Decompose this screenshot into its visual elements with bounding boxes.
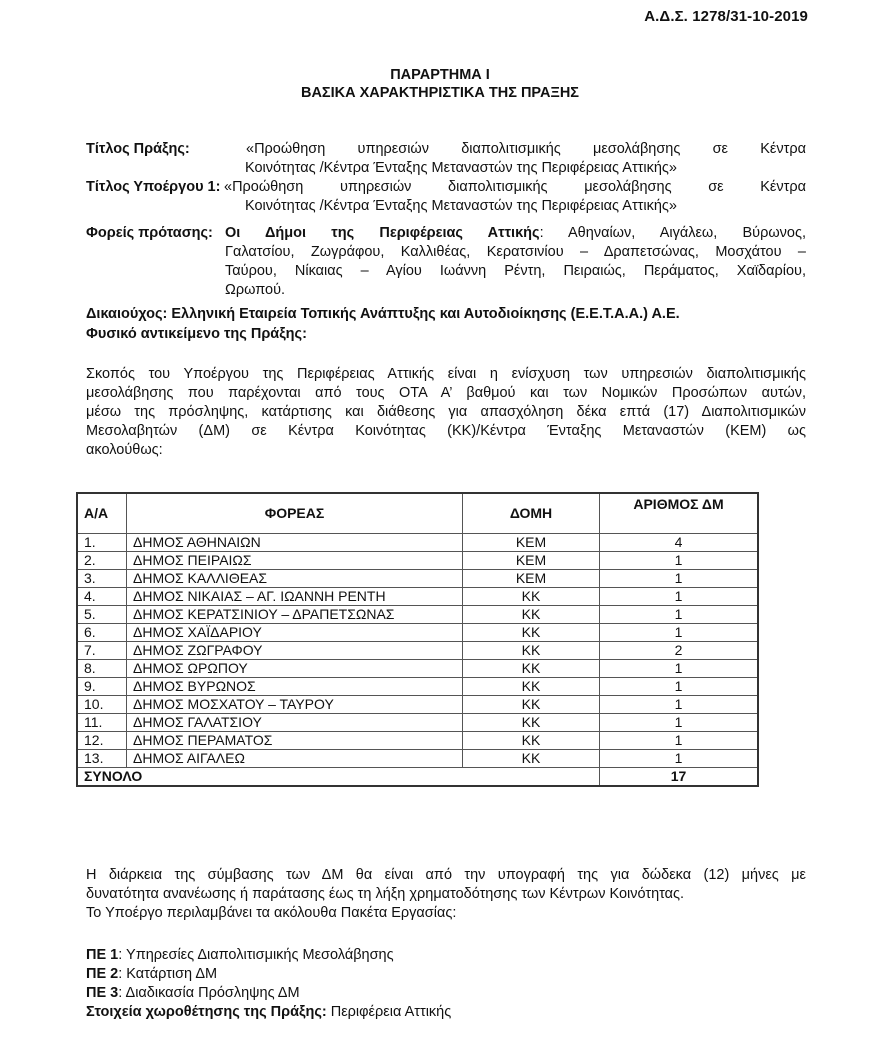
proposers-line1: : Αθηναίων, Αιγάλεω, Βύρωνος, (540, 225, 806, 241)
row-structure: ΚΚ (463, 732, 600, 750)
work-package-code: ΠΕ 1 (86, 947, 118, 963)
row-body: ΔΗΜΟΣ ΩΡΩΠΟΥ (127, 660, 463, 678)
row-index: 12. (77, 732, 127, 750)
location-label: Στοιχεία χωροθέτησης της Πράξης: (86, 1004, 327, 1020)
intro-line: μέσω της πρόσληψης, κατάρτισης και διάθε… (86, 403, 806, 422)
duration-line: δυνατότητα ανανέωσης ή παράτασης έως τη … (86, 885, 806, 904)
table-row: 8.ΔΗΜΟΣ ΩΡΩΠΟΥΚΚ1 (77, 660, 758, 678)
row-index: 13. (77, 750, 127, 768)
row-structure: ΚΚ (463, 714, 600, 732)
proposers-line3: Ταύρου, Νίκαιας – Αγίου Ιωάννη Ρέντη, Πε… (225, 262, 806, 281)
work-package-name: : Υπηρεσίες Διαπολιτισμικής Μεσολάβησης (118, 947, 393, 963)
intro-paragraph: Σκοπός του Υποέργου της Περιφέρειας Αττι… (86, 365, 806, 460)
work-package-name: : Διαδικασία Πρόσληψης ΔΜ (118, 985, 299, 1001)
row-count: 1 (600, 570, 759, 588)
action-title-line1: «Προώθηση υπηρεσιών διαπολιτισμικής μεσο… (246, 140, 806, 159)
proposers-field: Φορείς πρότασης: Οι Δήμοι της Περιφέρεια… (86, 224, 806, 300)
subproject-title-line2: Κοινότητας /Κέντρα Ένταξης Μεταναστών τη… (86, 197, 806, 216)
beneficiary-value: Ελληνική Εταιρεία Τοπικής Ανάπτυξης και … (171, 306, 679, 322)
row-count: 1 (600, 624, 759, 642)
row-structure: ΚΚ (463, 678, 600, 696)
row-index: 7. (77, 642, 127, 660)
annex-title: ΠΑΡΑΡΤΗΜΑ Ι (0, 66, 880, 84)
row-index: 4. (77, 588, 127, 606)
table-row: 12.ΔΗΜΟΣ ΠΕΡΑΜΑΤΟΣΚΚ1 (77, 732, 758, 750)
proposers-bold: Οι Δήμοι της Περιφέρειας Αττικής (225, 225, 540, 241)
subproject-title-field: Τίτλος Υποέργου 1: «Προώθηση υπηρεσιών δ… (86, 178, 806, 216)
total-value: 17 (600, 768, 759, 787)
row-body: ΔΗΜΟΣ ΑΘΗΝΑΙΩΝ (127, 534, 463, 552)
row-index: 11. (77, 714, 127, 732)
row-index: 5. (77, 606, 127, 624)
work-package-code: ΠΕ 2 (86, 966, 118, 982)
col-header-count: ΑΡΙΘΜΟΣ ΔΜ (600, 493, 759, 534)
decision-reference: Α.Δ.Σ. 1278/31-10-2019 (644, 8, 808, 25)
duration-line: Η διάρκεια της σύμβασης των ΔΜ θα είναι … (86, 866, 806, 885)
row-body: ΔΗΜΟΣ ΑΙΓΑΛΕΩ (127, 750, 463, 768)
col-header-aa: Α/Α (77, 493, 127, 534)
row-structure: ΚΚ (463, 750, 600, 768)
row-body: ΔΗΜΟΣ ΝΙΚΑΙΑΣ – ΑΓ. ΙΩΑΝΝΗ ΡΕΝΤΗ (127, 588, 463, 606)
row-structure: ΚΚ (463, 588, 600, 606)
intro-line: Μεσολαβητών (ΔΜ) σε Κέντρα Κοινότητας (Κ… (86, 422, 806, 441)
row-count: 1 (600, 696, 759, 714)
table-row: 10.ΔΗΜΟΣ ΜΟΣΧΑΤΟΥ – ΤΑΥΡΟΥΚΚ1 (77, 696, 758, 714)
row-count: 4 (600, 534, 759, 552)
work-package-item: ΠΕ 2: Κατάρτιση ΔΜ (86, 965, 451, 984)
action-title-label: Τίτλος Πράξης: (86, 140, 246, 159)
row-count: 1 (600, 606, 759, 624)
annex-subtitle: ΒΑΣΙΚΑ ΧΑΡΑΚΤΗΡΙΣΤΙΚΑ ΤΗΣ ΠΡΑΞΗΣ (0, 84, 880, 102)
table-row: 3.ΔΗΜΟΣ ΚΑΛΛΙΘΕΑΣΚΕΜ1 (77, 570, 758, 588)
row-body: ΔΗΜΟΣ ΜΟΣΧΑΤΟΥ – ΤΑΥΡΟΥ (127, 696, 463, 714)
location-value: Περιφέρεια Αττικής (327, 1004, 452, 1020)
table-total-row: ΣΥΝΟΛΟ17 (77, 768, 758, 787)
row-index: 1. (77, 534, 127, 552)
intro-line: ακολούθως: (86, 441, 806, 460)
table-row: 7.ΔΗΜΟΣ ΖΩΓΡΑΦΟΥΚΚ2 (77, 642, 758, 660)
row-body: ΔΗΜΟΣ ΠΕΡΑΜΑΤΟΣ (127, 732, 463, 750)
intro-line: Σκοπός του Υποέργου της Περιφέρειας Αττι… (86, 365, 806, 384)
row-structure: ΚΚ (463, 624, 600, 642)
table-row: 13.ΔΗΜΟΣ ΑΙΓΑΛΕΩΚΚ1 (77, 750, 758, 768)
work-package-code: ΠΕ 3 (86, 985, 118, 1001)
row-structure: ΚΚ (463, 642, 600, 660)
location-field: Στοιχεία χωροθέτησης της Πράξης: Περιφέρ… (86, 1003, 451, 1022)
mediators-table: Α/Α ΦΟΡΕΑΣ ΔΟΜΗ ΑΡΙΘΜΟΣ ΔΜ 1.ΔΗΜΟΣ ΑΘΗΝΑ… (76, 492, 759, 787)
row-body: ΔΗΜΟΣ ΚΑΛΛΙΘΕΑΣ (127, 570, 463, 588)
duration-line: Το Υποέργο περιλαμβάνει τα ακόλουθα Πακέ… (86, 904, 806, 923)
row-count: 1 (600, 552, 759, 570)
subproject-title-label: Τίτλος Υποέργου 1: (86, 178, 224, 197)
physical-object-label: Φυσικό αντικείμενο της Πράξης: (86, 325, 806, 344)
row-body: ΔΗΜΟΣ ΓΑΛΑΤΣΙΟΥ (127, 714, 463, 732)
row-body: ΔΗΜΟΣ ΒΥΡΩΝΟΣ (127, 678, 463, 696)
table-row: 1.ΔΗΜΟΣ ΑΘΗΝΑΙΩΝΚΕΜ4 (77, 534, 758, 552)
row-body: ΔΗΜΟΣ ΠΕΙΡΑΙΩΣ (127, 552, 463, 570)
row-body: ΔΗΜΟΣ ΚΕΡΑΤΣΙΝΙΟΥ – ΔΡΑΠΕΤΣΩΝΑΣ (127, 606, 463, 624)
table-row: 11.ΔΗΜΟΣ ΓΑΛΑΤΣΙΟΥΚΚ1 (77, 714, 758, 732)
row-body: ΔΗΜΟΣ ΧΑΪΔΑΡΙΟΥ (127, 624, 463, 642)
row-count: 2 (600, 642, 759, 660)
row-structure: ΚΚ (463, 606, 600, 624)
intro-line: μεσολάβησης που παρέχονται από τους ΟΤΑ … (86, 384, 806, 403)
beneficiary-label: Δικαιούχος: (86, 306, 167, 322)
proposers-label: Φορείς πρότασης: (86, 224, 225, 243)
table-row: 5.ΔΗΜΟΣ ΚΕΡΑΤΣΙΝΙΟΥ – ΔΡΑΠΕΤΣΩΝΑΣΚΚ1 (77, 606, 758, 624)
table-row: 9.ΔΗΜΟΣ ΒΥΡΩΝΟΣΚΚ1 (77, 678, 758, 696)
row-count: 1 (600, 714, 759, 732)
action-title-line2: Κοινότητας /Κέντρα Ένταξης Μεταναστών τη… (86, 159, 806, 178)
action-title-field: Τίτλος Πράξης: «Προώθηση υπηρεσιών διαπο… (86, 140, 806, 178)
total-label: ΣΥΝΟΛΟ (77, 768, 600, 787)
row-index: 6. (77, 624, 127, 642)
subproject-title-line1: «Προώθηση υπηρεσιών διαπολιτισμικής μεσο… (224, 178, 806, 197)
row-structure: ΚΕΜ (463, 552, 600, 570)
row-structure: ΚΕΜ (463, 570, 600, 588)
row-index: 3. (77, 570, 127, 588)
work-package-name: : Κατάρτιση ΔΜ (118, 966, 217, 982)
table-header-row: Α/Α ΦΟΡΕΑΣ ΔΟΜΗ ΑΡΙΘΜΟΣ ΔΜ (77, 493, 758, 534)
row-count: 1 (600, 678, 759, 696)
row-body: ΔΗΜΟΣ ΖΩΓΡΑΦΟΥ (127, 642, 463, 660)
proposers-line2: Γαλατσίου, Ζωγράφου, Καλλιθέας, Κερατσιν… (225, 243, 806, 262)
beneficiary-field: Δικαιούχος: Ελληνική Εταιρεία Τοπικής Αν… (86, 305, 806, 324)
proposers-line4: Ωρωπού. (225, 281, 806, 300)
work-package-item: ΠΕ 1: Υπηρεσίες Διαπολιτισμικής Μεσολάβη… (86, 946, 451, 965)
row-index: 10. (77, 696, 127, 714)
duration-paragraph: Η διάρκεια της σύμβασης των ΔΜ θα είναι … (86, 866, 806, 923)
row-index: 9. (77, 678, 127, 696)
table-row: 2.ΔΗΜΟΣ ΠΕΙΡΑΙΩΣΚΕΜ1 (77, 552, 758, 570)
col-header-structure: ΔΟΜΗ (463, 493, 600, 534)
row-structure: ΚΕΜ (463, 534, 600, 552)
row-index: 2. (77, 552, 127, 570)
work-package-item: ΠΕ 3: Διαδικασία Πρόσληψης ΔΜ (86, 984, 451, 1003)
row-count: 1 (600, 660, 759, 678)
row-structure: ΚΚ (463, 660, 600, 678)
col-header-body: ΦΟΡΕΑΣ (127, 493, 463, 534)
row-count: 1 (600, 588, 759, 606)
row-index: 8. (77, 660, 127, 678)
row-count: 1 (600, 750, 759, 768)
table-row: 6.ΔΗΜΟΣ ΧΑΪΔΑΡΙΟΥΚΚ1 (77, 624, 758, 642)
row-structure: ΚΚ (463, 696, 600, 714)
row-count: 1 (600, 732, 759, 750)
work-packages-list: ΠΕ 1: Υπηρεσίες Διαπολιτισμικής Μεσολάβη… (86, 946, 451, 1022)
table-row: 4.ΔΗΜΟΣ ΝΙΚΑΙΑΣ – ΑΓ. ΙΩΑΝΝΗ ΡΕΝΤΗΚΚ1 (77, 588, 758, 606)
